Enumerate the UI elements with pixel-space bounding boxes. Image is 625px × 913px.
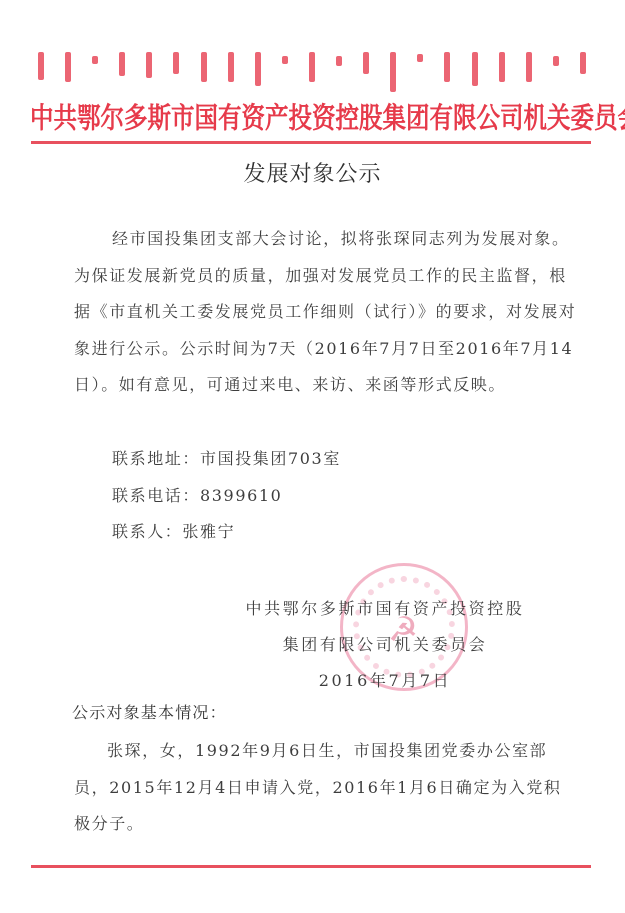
signature-org-line2: 集团有限公司机关委员会 [220,632,550,655]
basic-info-text: 张琛，女，1992年9月6日生，市国投集团党委办公室部员，2015年12月4日申… [74,733,579,843]
contact-person: 联系人：张雅宁 [112,519,235,542]
document-title: 发展对象公示 [0,157,625,188]
signature-date: 2016年7月7日 [220,668,550,691]
basic-info-heading: 公示对象基本情况： [72,700,227,723]
letterhead-divider [31,141,591,144]
signature-org-line1: 中共鄂尔多斯市国有资产投资控股 [220,596,550,619]
contact-address: 联系地址：市国投集团703室 [112,446,341,469]
mongolian-script-header [38,52,586,92]
body-paragraph: 经市国投集团支部大会讨论，拟将张琛同志列为发展对象。为保证发展新党员的质量，加强… [74,221,579,404]
footer-divider [31,865,591,868]
org-letterhead-name: 中共鄂尔多斯市国有资产投资控股集团有限公司机关委员会 [30,95,595,136]
contact-phone: 联系电话：8399610 [112,483,282,506]
